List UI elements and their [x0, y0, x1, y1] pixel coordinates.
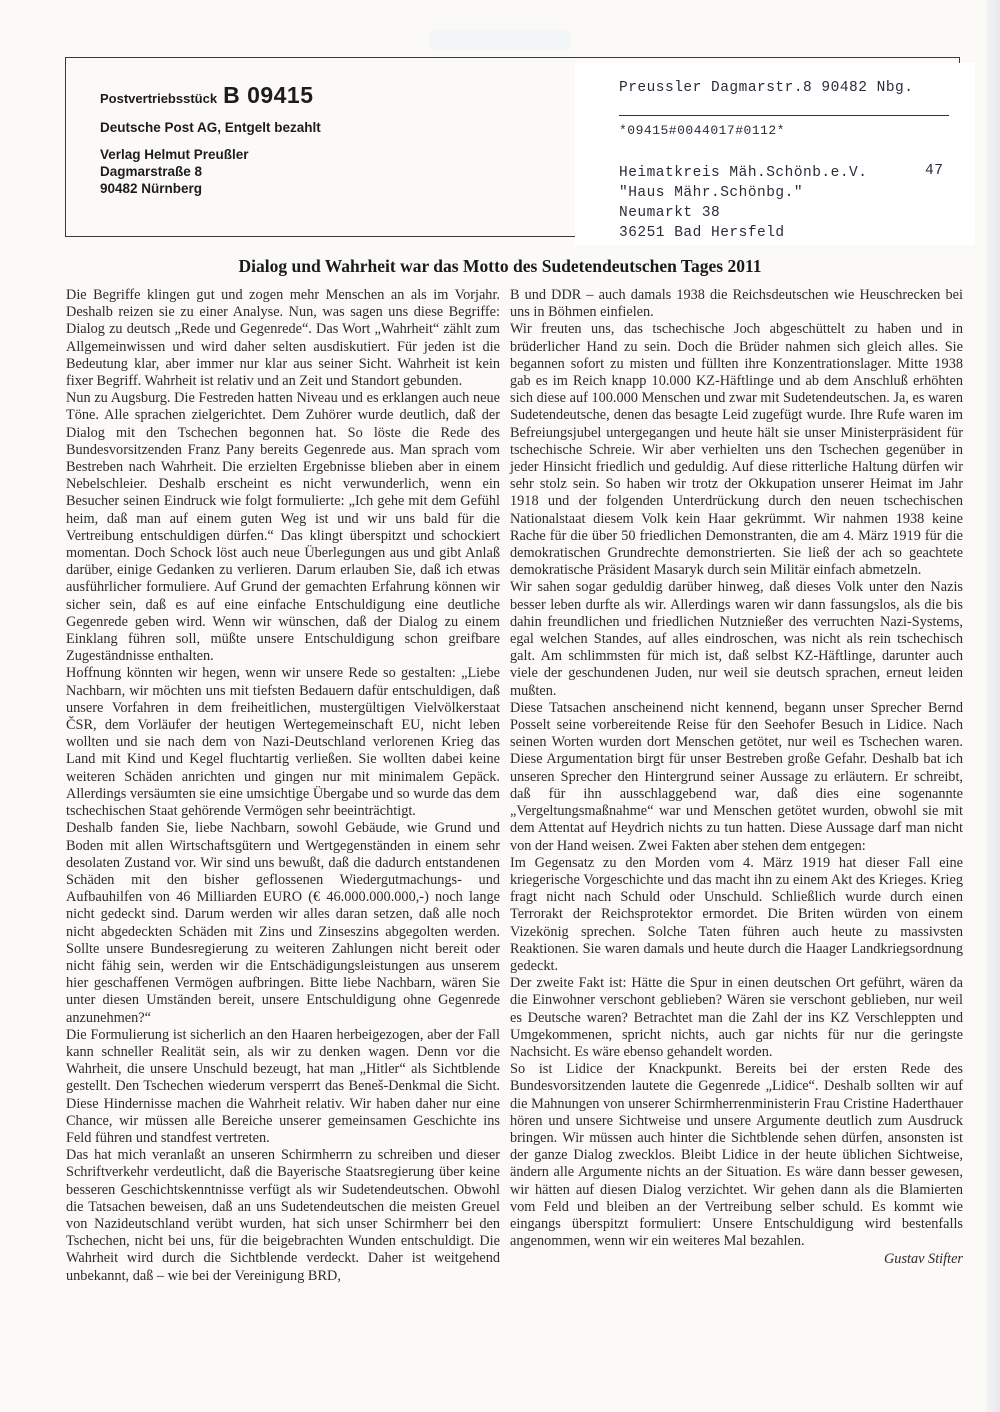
paragraph: Nun zu Augsburg. Die Festreden hatten Ni… — [66, 390, 500, 665]
paragraph: Hoffnung könnten wir hegen, wenn wir uns… — [66, 665, 500, 820]
paragraph: Wir sahen sogar geduldig darüber hinweg,… — [510, 579, 963, 699]
paragraph: Die Formulierung ist sicherlich an den H… — [66, 1027, 500, 1147]
recipient-line: 36251 Bad Hersfeld — [619, 223, 867, 243]
publisher-city: 90482 Nürnberg — [100, 180, 321, 197]
recipient-line: Neumarkt 38 — [619, 203, 867, 223]
paragraph: Im Gegensatz zu den Morden vom 4. März 1… — [510, 855, 963, 975]
label-sender-line: Preussler Dagmarstr.8 90482 Nbg. — [619, 80, 913, 96]
label-divider — [619, 115, 949, 116]
recipient-line: Heimatkreis Mäh.Schönb.e.V. — [619, 163, 867, 183]
paragraph: Das hat mich veranlaßt an unseren Schirm… — [66, 1147, 500, 1285]
sender-block: Postvertriebsstück B 09415 Deutsche Post… — [100, 82, 321, 197]
label-number: 47 — [925, 163, 943, 179]
label-code-line: *09415#0044017#0112* — [619, 123, 785, 138]
article-column-left: Die Begriffe klingen gut und zogen mehr … — [66, 287, 500, 1285]
paragraph: Wir freuten uns, das tschechische Joch a… — [510, 321, 963, 579]
page-edge-shadow — [986, 0, 1000, 1412]
paragraph: Der zweite Fakt ist: Hätte die Spur in e… — [510, 975, 963, 1061]
recipient-line: "Haus Mähr.Schönbg." — [619, 183, 867, 203]
recipient-address: Heimatkreis Mäh.Schönb.e.V. "Haus Mähr.S… — [619, 163, 867, 243]
publisher-street: Dagmarstraße 8 — [100, 163, 321, 180]
article-headline: Dialog und Wahrheit war das Motto des Su… — [0, 256, 1000, 277]
postal-number: B 09415 — [223, 82, 313, 109]
paragraph: So ist Lidice der Knackpunkt. Bereits be… — [510, 1061, 963, 1250]
publisher-name: Verlag Helmut Preußler — [100, 146, 321, 163]
author-signature: Gustav Stifter — [510, 1251, 963, 1268]
paragraph: Diese Tatsachen anscheinend nicht kennen… — [510, 700, 963, 855]
show-through-artifact — [430, 30, 570, 50]
postal-label: Postvertriebsstück — [100, 91, 217, 106]
paragraph: Deshalb fanden Sie, liebe Nachbarn, sowo… — [66, 820, 500, 1026]
address-label: Preussler Dagmarstr.8 90482 Nbg. *09415#… — [575, 63, 975, 245]
postage-note: Deutsche Post AG, Entgelt bezahlt — [100, 119, 321, 136]
article-column-right: B und DDR – auch damals 1938 die Reichsd… — [510, 287, 963, 1269]
paragraph: Die Begriffe klingen gut und zogen mehr … — [66, 287, 500, 390]
paragraph: B und DDR – auch damals 1938 die Reichsd… — [510, 287, 963, 321]
